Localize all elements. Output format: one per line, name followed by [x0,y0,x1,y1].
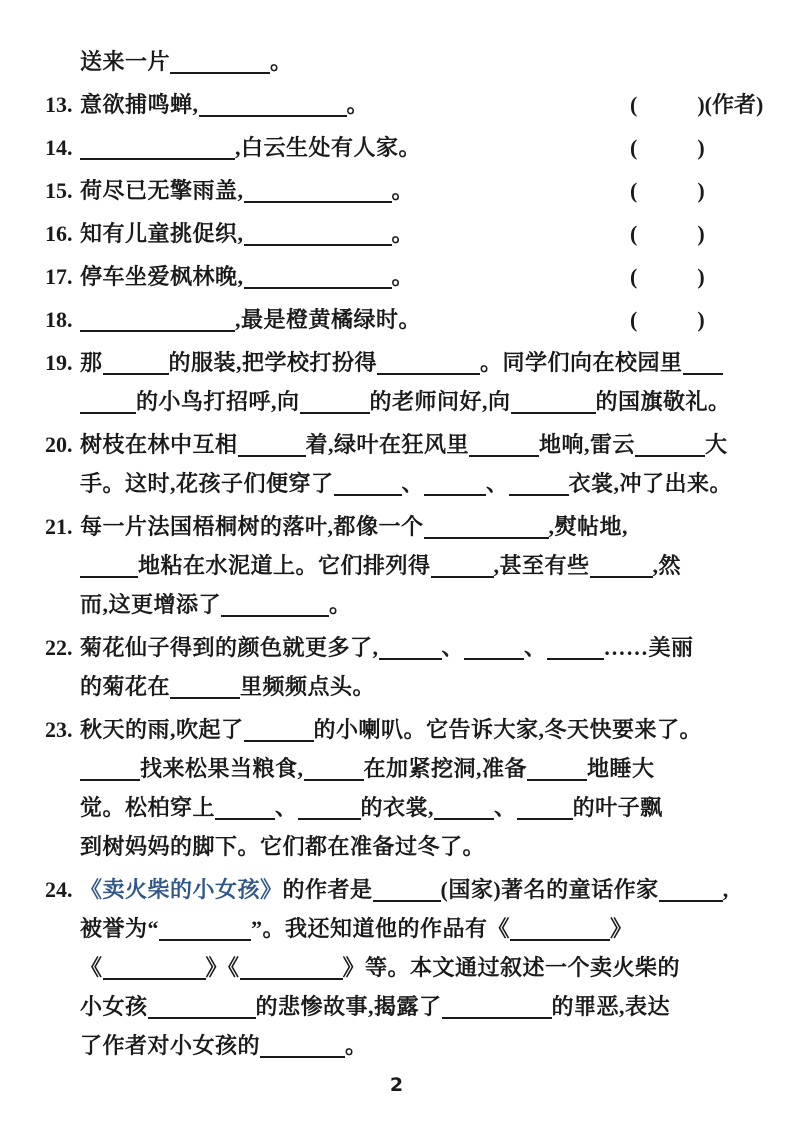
question-text: 而,这更增添了 [80,592,221,617]
question-text: 送来一片 [80,49,170,74]
question-text: 树枝在林中互相 [80,432,238,457]
question-text: 手。这时,花孩子们便穿了 [80,471,334,496]
fill-in-blank-underline[interactable] [170,69,270,74]
fill-in-blank-underline[interactable] [300,409,370,414]
fill-in-blank-underline[interactable] [221,612,329,617]
fill-in-blank-underline[interactable] [80,155,235,160]
question-line: 觉。松柏穿上、的衣裳,、的叶子飘 [80,788,755,827]
open-paren: ( [630,307,637,332]
question-content: 菊花仙子得到的颜色就更多了,、、……美丽的菊花在里频频点头。 [80,628,755,706]
question-text: 的衣裳, [361,795,435,820]
fill-in-blank-underline[interactable] [379,655,442,660]
question-text: ……美丽 [604,635,694,660]
fill-in-blank-underline[interactable] [511,409,596,414]
question-line: 每一片法国梧桐树的落叶,都像一个,熨帖地, [80,507,755,546]
question-text: 的悲惨故事,揭露了 [256,994,442,1019]
question-text: ,熨帖地, [549,514,629,539]
question-text: ,白云生处有人家。 [235,135,421,160]
fill-in-blank-underline[interactable] [424,534,549,539]
question: 16.知有儿童挑促织,。() [45,214,755,253]
question-content: 每一片法国梧桐树的落叶,都像一个,熨帖地,地粘在水泥道上。它们排列得,甚至有些,… [80,507,755,624]
question-number: 19. [45,343,80,421]
fill-in-blank-underline[interactable] [464,655,524,660]
fill-in-blank-underline[interactable] [80,409,136,414]
question-list: 送来一片。13.意欲捕鸣蝉,。()(作者)14.,白云生处有人家。()15.荷尽… [45,42,755,1065]
question-content: 送来一片。 [80,42,755,81]
question-text: 被誉为“ [80,916,159,941]
question-text: 。 [329,592,352,617]
question: 21.每一片法国梧桐树的落叶,都像一个,熨帖地,地粘在水泥道上。它们排列得,甚至… [45,507,755,624]
fill-in-blank-underline[interactable] [240,975,343,980]
question-number: 14. [45,128,80,167]
question-number: 23. [45,710,80,866]
question-text: 的小喇叭。它告诉大家,冬天快要来了。 [314,717,703,742]
question-line: 的小鸟打招呼,向的老师问好,向的国旗敬礼。 [80,382,755,421]
answer-brackets: ()(作者) [630,85,763,124]
fill-in-blank-underline[interactable] [80,776,140,781]
question-number: 22. [45,628,80,706]
question-text: 、 [442,635,465,660]
question-text: 小女孩 [80,994,148,1019]
fill-in-blank-underline[interactable] [510,936,610,941]
question: 22.菊花仙子得到的颜色就更多了,、、……美丽的菊花在里频频点头。 [45,628,755,706]
question-text: 、 [402,471,425,496]
fill-in-blank-underline[interactable] [260,1053,345,1058]
open-paren: ( [630,135,637,160]
question-text: 的叶子飘 [573,795,663,820]
page-number: 2 [0,1074,793,1096]
fill-in-blank-underline[interactable] [683,370,723,375]
question-number: 21. [45,507,80,624]
question-line: 秋天的雨,吹起了的小喇叭。它告诉大家,冬天快要来了。 [80,710,755,749]
question-text: 地粘在水泥道上。它们排列得 [138,553,431,578]
question-text: 那 [80,350,103,375]
question-text: 、 [486,471,509,496]
fill-in-blank-underline[interactable] [377,370,480,375]
question-content: 《卖火柴的小女孩》的作者是(国家)著名的童话作家,被誉为“”。我还知道他的作品有… [80,870,755,1065]
question-text: 的作者是 [283,877,373,902]
question-text: 停车坐爱枫林晚, [80,264,244,289]
fill-in-blank-underline[interactable] [659,897,723,902]
question-number: 13. [45,85,80,124]
fill-in-blank-underline[interactable] [304,776,364,781]
question-text: 的小鸟打招呼,向 [136,389,300,414]
fill-in-blank-underline[interactable] [373,897,441,902]
question-text: 意欲捕鸣蝉, [80,92,199,117]
close-paren: ) [697,135,704,160]
question-text: 了作者对小女孩的 [80,1033,260,1058]
fill-in-blank-underline[interactable] [244,284,392,289]
question-text: 。 [347,92,370,117]
question: 18.,最是橙黄橘绿时。() [45,300,755,339]
question-number: 24. [45,870,80,1065]
fill-in-blank-underline[interactable] [199,112,347,117]
fill-in-blank-underline[interactable] [527,776,587,781]
answer-brackets: () [630,171,705,210]
question: 13.意欲捕鸣蝉,。()(作者) [45,85,755,124]
question-text: 。 [392,221,415,246]
question-line: 被誉为“”。我还知道他的作品有《》 [80,909,755,948]
question-number [45,42,80,81]
close-paren: ) [697,264,704,289]
question-text: 地睡大 [587,756,655,781]
fill-in-blank-underline[interactable] [509,491,569,496]
close-paren: ) [697,307,704,332]
question-text: ,最是橙黄橘绿时。 [235,307,421,332]
fill-in-blank-underline[interactable] [298,815,361,820]
fill-in-blank-underline[interactable] [442,1014,552,1019]
question-line: 手。这时,花孩子们便穿了、、衣裳,冲了出来。 [80,464,755,503]
question-text: 找来松果当粮食, [140,756,304,781]
question-line: 菊花仙子得到的颜色就更多了,、、……美丽 [80,628,755,667]
answer-brackets: () [630,257,705,296]
question: 24.《卖火柴的小女孩》的作者是(国家)著名的童话作家,被誉为“”。我还知道他的… [45,870,755,1065]
worksheet-page: 送来一片。13.意欲捕鸣蝉,。()(作者)14.,白云生处有人家。()15.荷尽… [0,0,793,1122]
question-line: 小女孩的悲惨故事,揭露了的罪恶,表达 [80,987,755,1026]
question-content: 那的服装,把学校打扮得。同学们向在校园里的小鸟打招呼,向的老师问好,向的国旗敬礼… [80,343,755,421]
fill-in-blank-underline[interactable] [244,241,392,246]
question-line: 了作者对小女孩的。 [80,1026,755,1065]
question-line: 《卖火柴的小女孩》的作者是(国家)著名的童话作家, [80,870,755,909]
question-text: 。同学们向在校园里 [480,350,683,375]
question: 19.那的服装,把学校打扮得。同学们向在校园里的小鸟打招呼,向的老师问好,向的国… [45,343,755,421]
question-line: 找来松果当粮食,在加紧挖洞,准备地睡大 [80,749,755,788]
question-text: 到树妈妈的脚下。它们都在准备过冬了。 [80,834,485,859]
question-text: 的菊花在 [80,674,170,699]
answer-brackets: () [630,128,705,167]
question-number: 18. [45,300,80,339]
question-text: 地响,雷云 [539,432,635,457]
question-line: 到树妈妈的脚下。它们都在准备过冬了。 [80,827,755,866]
question-text: 秋天的雨,吹起了 [80,717,244,742]
question-text: 每一片法国梧桐树的落叶,都像一个 [80,514,424,539]
fill-in-blank-underline[interactable] [215,815,275,820]
fill-in-blank-underline[interactable] [334,491,402,496]
author-label: (作者) [705,92,764,117]
fill-in-blank-underline[interactable] [431,573,494,578]
question-line: 送来一片。 [80,42,755,81]
close-paren: ) [697,178,704,203]
fill-in-blank-underline[interactable] [103,370,169,375]
question-text: ,甚至有些 [494,553,590,578]
question-line: 《》《》等。本文通过叙述一个卖火柴的 [80,948,755,987]
question-text: 衣裳,冲了出来。 [569,471,733,496]
question-text: 。 [345,1033,368,1058]
question-text: 》《 [206,955,240,980]
question-text: 在加紧挖洞,准备 [364,756,528,781]
question-text: 里频频点头。 [240,674,375,699]
question-text: 的服装,把学校打扮得 [169,350,378,375]
question-text: 、 [275,795,298,820]
fill-in-blank-underline[interactable] [80,327,235,332]
question-text: 的国旗敬礼。 [596,389,731,414]
fill-in-blank-underline[interactable] [635,452,705,457]
open-paren: ( [630,178,637,203]
question: 17.停车坐爱枫林晚,。() [45,257,755,296]
question-line: 地粘在水泥道上。它们排列得,甚至有些,然 [80,546,755,585]
fill-in-blank-underline[interactable] [590,573,653,578]
question-text: ,然 [653,553,682,578]
question-line: 那的服装,把学校打扮得。同学们向在校园里 [80,343,755,382]
question-number: 15. [45,171,80,210]
question-line: 树枝在林中互相着,绿叶在狂风里地响,雷云大 [80,425,755,464]
open-paren: ( [630,92,637,117]
question-text: 的罪恶,表达 [552,994,671,1019]
question-text: 觉。松柏穿上 [80,795,215,820]
question-text: 《 [80,955,103,980]
question-text: 。 [392,264,415,289]
question-text: 知有儿童挑促织, [80,221,244,246]
fill-in-blank-underline[interactable] [517,815,573,820]
question-line: 的菊花在里频频点头。 [80,667,755,706]
book-title-link[interactable]: 《卖火柴的小女孩》 [80,877,283,902]
answer-brackets: () [630,214,705,253]
question-text: 》 [610,916,633,941]
fill-in-blank-underline[interactable] [170,694,240,699]
fill-in-blank-underline[interactable] [103,975,206,980]
answer-brackets: () [630,300,705,339]
question: 23.秋天的雨,吹起了的小喇叭。它告诉大家,冬天快要来了。找来松果当粮食,在加紧… [45,710,755,866]
question-number: 20. [45,425,80,503]
question-line: 而,这更增添了。 [80,585,755,624]
fill-in-blank-underline[interactable] [469,452,539,457]
question-text: 、 [524,635,547,660]
question: 15.荷尽已无擎雨盖,。() [45,171,755,210]
question: 14.,白云生处有人家。() [45,128,755,167]
question-text: 。 [392,178,415,203]
question-text: 大 [705,432,728,457]
fill-in-blank-underline[interactable] [159,936,251,941]
question: 20.树枝在林中互相着,绿叶在狂风里地响,雷云大手。这时,花孩子们便穿了、、衣裳… [45,425,755,503]
question-text: 的老师问好,向 [370,389,511,414]
question-text: (国家)著名的童话作家 [441,877,659,902]
question-text: 着,绿叶在狂风里 [306,432,470,457]
question-text: 荷尽已无擎雨盖, [80,178,244,203]
fill-in-blank-underline[interactable] [80,573,138,578]
fill-in-blank-underline[interactable] [424,491,486,496]
fill-in-blank-underline[interactable] [148,1014,256,1019]
question-content: 秋天的雨,吹起了的小喇叭。它告诉大家,冬天快要来了。找来松果当粮食,在加紧挖洞,… [80,710,755,866]
fill-in-blank-underline[interactable] [434,815,494,820]
fill-in-blank-underline[interactable] [244,198,392,203]
close-paren: ) [697,92,704,117]
fill-in-blank-underline[interactable] [238,452,306,457]
close-paren: ) [697,221,704,246]
question: 送来一片。 [45,42,755,81]
question-text: 。 [270,49,293,74]
question-text: 、 [494,795,517,820]
fill-in-blank-underline[interactable] [547,655,604,660]
question-text: ”。我还知道他的作品有《 [251,916,510,941]
question-text: , [723,877,729,902]
open-paren: ( [630,221,637,246]
question-text: 菊花仙子得到的颜色就更多了, [80,635,379,660]
question-number: 17. [45,257,80,296]
question-number: 16. [45,214,80,253]
question-content: 树枝在林中互相着,绿叶在狂风里地响,雷云大手。这时,花孩子们便穿了、、衣裳,冲了… [80,425,755,503]
question-text: 》等。本文通过叙述一个卖火柴的 [343,955,681,980]
open-paren: ( [630,264,637,289]
fill-in-blank-underline[interactable] [244,737,314,742]
